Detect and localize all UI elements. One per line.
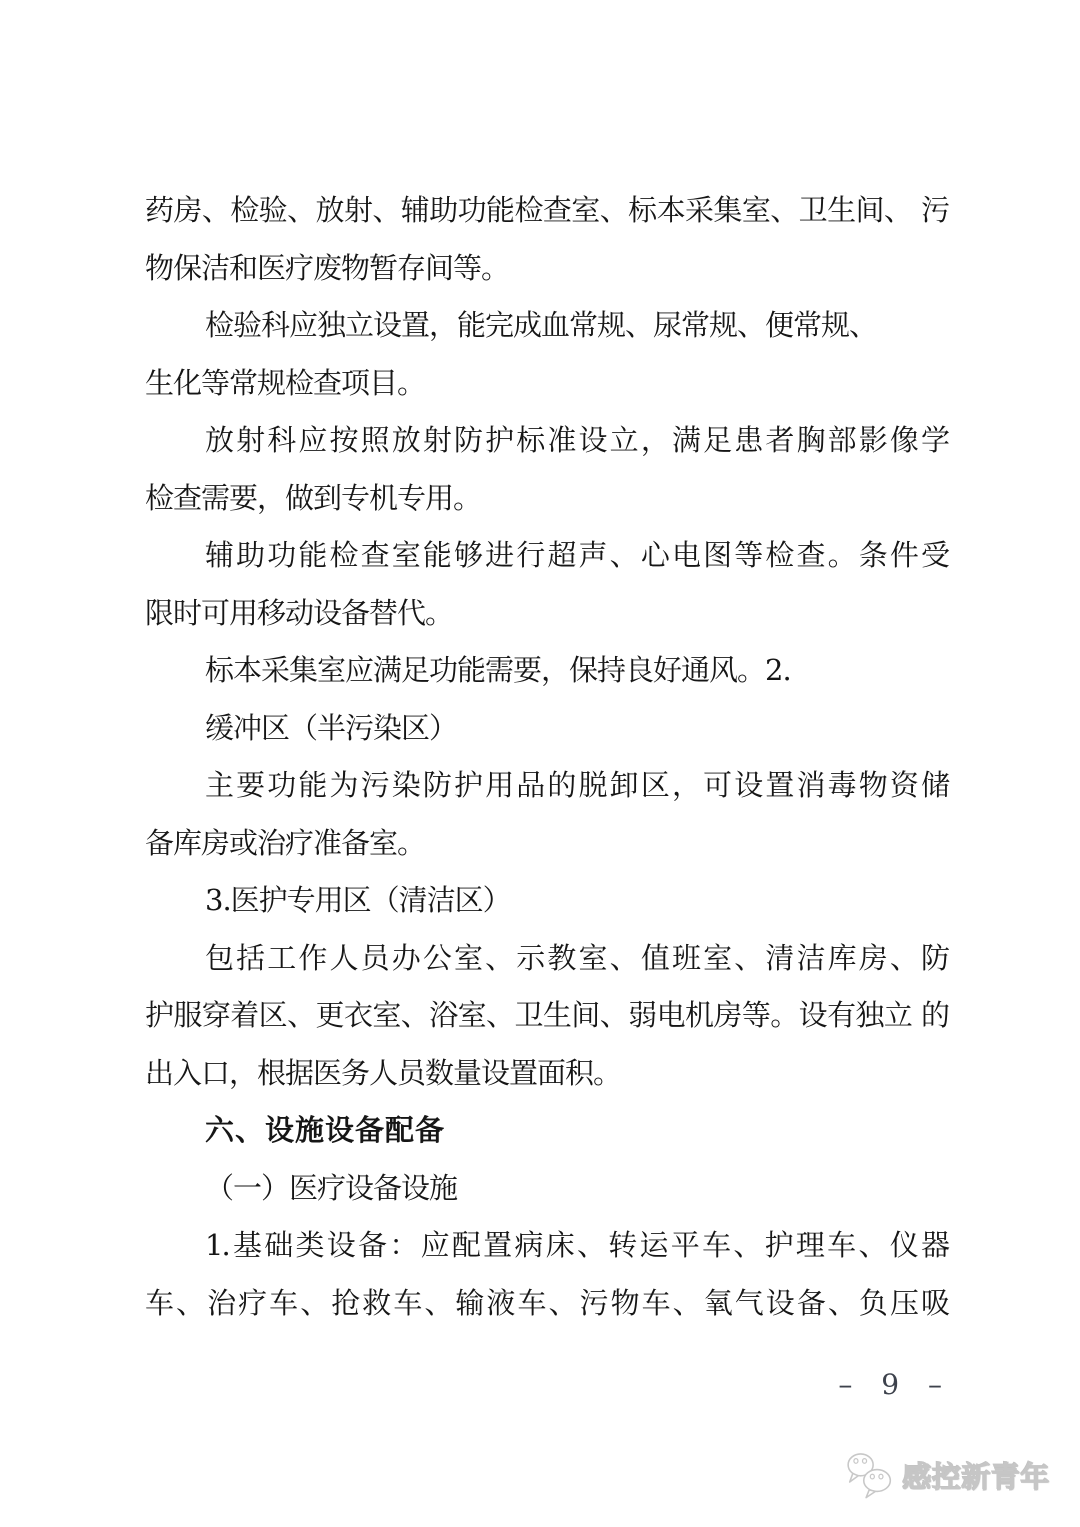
text-line: 物保洁和医疗废物暂存间等。 [145,240,948,298]
text-line: 限时可用移动设备替代。 [145,585,948,643]
wechat-icon [845,1448,895,1502]
text-line: 检验科应独立设置，能完成血常规、尿常规、便常规、 [145,297,948,355]
text-line: 缓冲区（半污染区） [145,700,948,758]
text-line: 生化等常规检查项目。 [145,355,948,413]
text-line: 包括工作人员办公室、示教室、值班室、清洁库房、防 [145,930,948,988]
watermark-text: 感控新青年 [902,1455,1050,1496]
text-line: 主要功能为污染防护用品的脱卸区，可设置消毒物资储 [145,757,948,815]
section-heading-line: 六、设施设备配备 [145,1102,948,1160]
text-line: 检查需要，做到专机专用。 [145,470,948,528]
text-line: 药房、检验、放射、辅助功能检查室、标本采集室、卫生间、 污 [145,182,948,240]
text-line: 备库房或治疗准备室。 [145,815,948,873]
document-body: 药房、检验、放射、辅助功能检查室、标本采集室、卫生间、 污物保洁和医疗废物暂存间… [145,182,948,1332]
page-number: – 9 – [838,1368,952,1401]
text-line: 标本采集室应满足功能需要，保持良好通风。2. [145,642,948,700]
text-line: 3.医护专用区（清洁区） [145,872,948,930]
text-line: 放射科应按照放射防护标准设立，满足患者胸部影像学 [145,412,948,470]
text-line: 辅助功能检查室能够进行超声、心电图等检查。条件受 [145,527,948,585]
text-line: （一）医疗设备设施 [145,1160,948,1218]
document-page: 药房、检验、放射、辅助功能检查室、标本采集室、卫生间、 污物保洁和医疗废物暂存间… [0,0,1080,1527]
brand-watermark: 感控新青年 [845,1448,1050,1502]
text-line: 车、治疗车、抢救车、输液车、污物车、氧气设备、负压吸 [145,1275,948,1333]
text-line: 出入口，根据医务人员数量设置面积。 [145,1045,948,1103]
text-line: 护服穿着区、更衣室、浴室、卫生间、弱电机房等。设有独立 的 [145,987,948,1045]
text-line: 1.基础类设备：应配置病床、转运平车、护理车、仪器 [145,1217,948,1275]
